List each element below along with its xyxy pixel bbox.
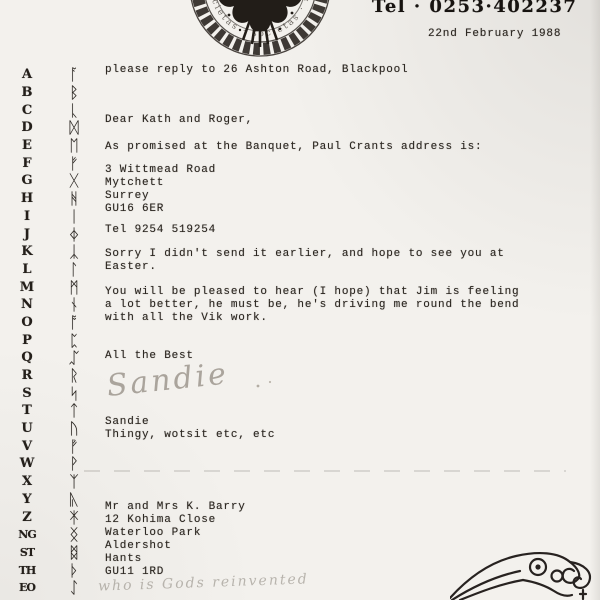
latin-letter: TH (12, 564, 42, 577)
rune-glyph: ᚾ (56, 295, 92, 314)
rune-key-row: D ᛞ (12, 119, 98, 137)
viking-beast-head-ornament (450, 540, 600, 600)
rune-key-row: B ᛒ (12, 84, 98, 102)
latin-letter: V (12, 439, 42, 454)
rune-glyph: ᛡ (56, 508, 92, 527)
rune-glyph: ᚢ (56, 419, 92, 438)
rune-glyph: ᚻ (56, 189, 92, 208)
latin-letter: D (12, 120, 42, 135)
society-seal: societas · societas · societas · (176, 0, 344, 64)
latin-letter: B (12, 85, 42, 100)
latin-letter: H (12, 191, 42, 206)
latin-letter: R (12, 368, 42, 383)
latin-letter: G (12, 173, 42, 188)
rune-key-row: TH ᚦ (12, 561, 98, 579)
latin-letter: P (12, 333, 42, 348)
rune-glyph: ᛝ (56, 525, 92, 544)
rune-glyph: ᛄ (56, 225, 92, 244)
latin-letter: F (12, 156, 42, 171)
latin-letter: M (12, 280, 42, 295)
latin-letter: N (12, 297, 42, 312)
recipient-address-block: Mr and Mrs K. Barry 12 Kohima Close Wate… (105, 501, 246, 579)
latin-letter: U (12, 421, 42, 436)
latin-letter: C (12, 103, 42, 118)
latin-letter: Z (12, 510, 42, 525)
scan-crease-line (84, 470, 566, 472)
latin-letter: Y (12, 492, 42, 507)
latin-letter: ST (12, 546, 42, 559)
rune-key-row: N ᚾ (12, 296, 98, 314)
rune-glyph: ᛚ (56, 260, 92, 279)
rune-key-row: J ᛄ (12, 225, 98, 243)
rune-key-row: K ᛣ (12, 243, 98, 261)
rune-glyph: ᛈ (56, 331, 92, 350)
rune-glyph: ᛋ (56, 384, 92, 403)
rune-glyph: ᚦ (56, 561, 92, 580)
scanned-letter-page: societas · societas · societas · Tel · 0… (0, 0, 600, 600)
rune-key-row: A ᚪ (12, 66, 98, 84)
rune-key-row: I ᛁ (12, 208, 98, 226)
rune-glyph: ᚪ (56, 65, 92, 84)
latin-letter: A (12, 67, 42, 82)
rune-glyph: ᛞ (56, 118, 92, 137)
rune-glyph: ᚩ (56, 313, 92, 332)
latin-letter: Q (12, 350, 42, 365)
rune-key-row: T ᛏ (12, 402, 98, 420)
paul-phone-line: Tel 9254 519254 (105, 224, 216, 237)
rune-glyph: ᛒ (56, 83, 92, 102)
rune-key-row: C ᚳ (12, 101, 98, 119)
rune-key-row: M ᛗ (12, 278, 98, 296)
latin-letter: I (12, 209, 42, 224)
rune-key-row: U ᚢ (12, 420, 98, 438)
body-paragraph-1: Sorry I didn't send it earlier, and hope… (105, 248, 505, 274)
latin-letter: L (12, 262, 42, 277)
rune-key-row: ST ᛥ (12, 544, 98, 562)
rune-key-row: G ᚷ (12, 172, 98, 190)
paul-address-block: 3 Wittmead Road Mytchett Surrey GU16 6ER (105, 164, 216, 216)
rune-glyph: ᛗ (56, 278, 92, 297)
rune-glyph: ᛉ (56, 472, 92, 491)
rune-key-row: Y ᚣ (12, 491, 98, 509)
latin-letter: X (12, 474, 42, 489)
rune-key-row: EO ᛇ (12, 579, 98, 597)
salutation: Dear Kath and Roger, (105, 114, 253, 127)
rune-key-row: NG ᛝ (12, 526, 98, 544)
letter-date: 22nd February 1988 (428, 28, 561, 41)
rune-glyph: ᚷ (56, 171, 92, 190)
rune-key-row: F ᚠ (12, 154, 98, 172)
rune-glyph: ᛇ (56, 578, 92, 597)
rune-alphabet-key: A ᚪ B ᛒ C ᚳ D ᛞ E ᛖ F ᚠ G ᚷ H ᚻ (12, 66, 98, 597)
rune-glyph: ᚣ (56, 490, 92, 509)
rune-glyph: ᛏ (56, 401, 92, 420)
rune-glyph: ᚠ (56, 154, 92, 173)
latin-letter: J (12, 227, 42, 242)
latin-letter: W (12, 456, 42, 471)
rune-glyph: ᛣ (56, 242, 92, 261)
latin-letter: NG (12, 528, 42, 541)
body-paragraph-2: You will be pleased to hear (I hope) tha… (105, 286, 519, 325)
rune-key-row: Z ᛡ (12, 508, 98, 526)
handwritten-signature: Sandie (92, 356, 322, 414)
rune-glyph: ᛖ (56, 136, 92, 155)
latin-letter: T (12, 403, 42, 418)
rune-key-row: X ᛉ (12, 473, 98, 491)
rune-key-row: R ᚱ (12, 367, 98, 385)
latin-letter: O (12, 315, 42, 330)
latin-letter: K (12, 244, 42, 259)
rune-glyph: ᚡ (56, 437, 92, 456)
signed-name-block: Sandie Thingy, wotsit etc, etc (105, 416, 275, 442)
rune-key-row: S ᛋ (12, 384, 98, 402)
rune-glyph: ᚱ (56, 366, 92, 385)
signature-script-text: Sandie (105, 356, 230, 404)
rune-key-row: L ᛚ (12, 261, 98, 279)
reply-address-line: please reply to 26 Ashton Road, Blackpoo… (105, 64, 408, 77)
intro-line: As promised at the Banquet, Paul Crants … (105, 141, 482, 154)
rune-key-row: V ᚡ (12, 437, 98, 455)
rune-glyph: ᛁ (56, 207, 92, 226)
latin-letter: E (12, 138, 42, 153)
latin-letter: S (12, 386, 42, 401)
rune-glyph: ᚳ (56, 101, 92, 120)
rune-key-row: Q ᛢ (12, 349, 98, 367)
rune-glyph: ᛢ (56, 348, 92, 367)
rune-glyph: ᛥ (56, 543, 92, 562)
rune-key-row: O ᚩ (12, 314, 98, 332)
latin-letter: EO (12, 581, 42, 594)
rune-key-row: P ᛈ (12, 331, 98, 349)
rune-key-row: H ᚻ (12, 190, 98, 208)
letterhead-phone: Tel · 0253·402237 (372, 0, 577, 17)
rune-key-row: E ᛖ (12, 137, 98, 155)
